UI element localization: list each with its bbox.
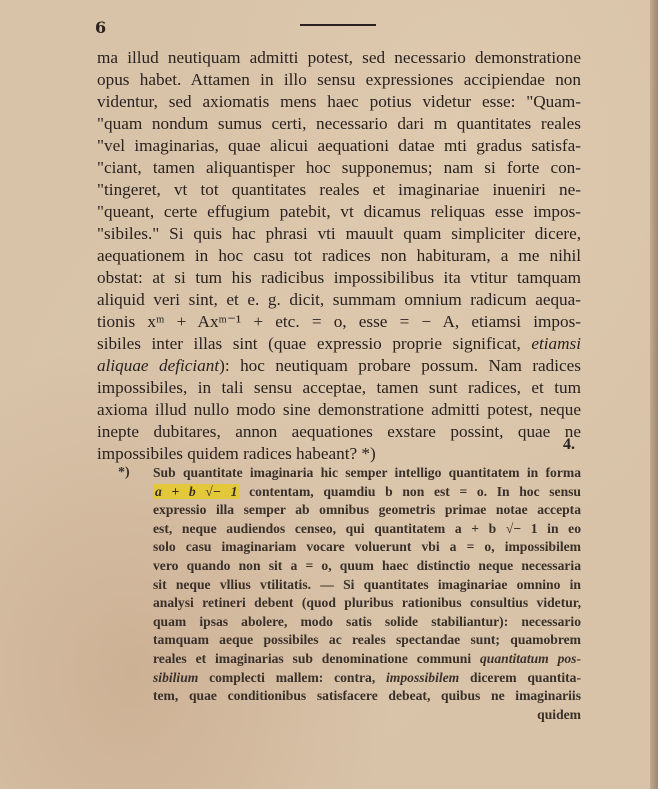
text-line: impossibiles, in tali sensu acceptae, ta… [97, 377, 581, 399]
italic-text: aliquae deficiant [97, 356, 219, 375]
text-line: inepte dubitares, annon aequationes exst… [97, 421, 581, 443]
text-line: "vel imaginarias, quae alicui aequationi… [97, 135, 581, 157]
page-edge-shadow [650, 0, 658, 789]
footnote-line: a + b √− 1 contentam, quamdiu b non est … [153, 483, 581, 502]
footnote-line: sibilium complecti mallem: contra, impos… [153, 669, 581, 688]
catchword: quidem [153, 706, 581, 725]
text-line: impossibiles quidem radices habeant? *) [97, 443, 581, 465]
text-line: "queant, certe effugium patebit, vt dica… [97, 201, 581, 223]
text-line: "ciant, tamen aliquantisper hoc supponem… [97, 157, 581, 179]
text-line: "tingeret, vt tot quantitates reales et … [97, 179, 581, 201]
footnote: Sub quantitate imaginaria hic semper int… [153, 464, 581, 724]
section-number: 4. [563, 436, 575, 454]
footnote-line: tamquam aeque possibiles ac reales spect… [153, 631, 581, 650]
text-fragment: reales et imaginarias sub denominatione … [153, 651, 480, 666]
italic-text: sibilium [153, 670, 198, 685]
footnote-line: reales et imaginarias sub denominatione … [153, 650, 581, 669]
text-line: axioma illud nullo modo sine demonstrati… [97, 399, 581, 421]
main-body-text: ma illud neutiquam admitti potest, sed n… [97, 47, 581, 465]
footnote-marker: *) [118, 464, 130, 483]
text-fragment: contentam, quamdiu b non est = o. In hoc… [249, 484, 581, 499]
footnote-line: tem, quae conditionibus satisfacere debe… [153, 687, 581, 706]
footnote-line: vero quando non sit a = o, quum haec dis… [153, 557, 581, 576]
italic-text: quantitatum pos- [480, 651, 581, 666]
text-fragment: dicerem quantita- [459, 670, 581, 685]
page-number: 6 [95, 18, 106, 37]
equation-line: tionis xᵐ + Axᵐ⁻¹ + etc. = o, esse = − A… [97, 311, 581, 333]
text-line: videntur, sed axiomatis mens haec potius… [97, 91, 581, 113]
text-line: obstat: at si tum his radicibus impossib… [97, 267, 581, 289]
text-line: sibiles inter illas sint (quae expressio… [97, 333, 581, 355]
footnote-line: est, neque audiendos censeo, qui quantit… [153, 520, 581, 539]
footnote-line: solo casu imaginariam vocare voluerunt v… [153, 538, 581, 557]
text-line: ma illud neutiquam admitti potest, sed n… [97, 47, 581, 69]
footnote-line: sit neque vllius vtilitatis. — Si quanti… [153, 576, 581, 595]
highlighted-formula: a + b √− 1 [153, 484, 239, 499]
text-line: aliquae deficiant): hoc neutiquam probar… [97, 355, 581, 377]
text-line: "sibiles." Si quis hac phrasi vti mauult… [97, 223, 581, 245]
text-line: opus habet. Attamen in illo sensu expres… [97, 69, 581, 91]
italic-text: etiamsi [531, 334, 581, 353]
text-line: "quam nondum sumus certi, necessario dar… [97, 113, 581, 135]
footnote-line: quam ipsas abolere, modo satis solide st… [153, 613, 581, 632]
footnote-line: Sub quantitate imaginaria hic semper int… [153, 464, 581, 483]
text-line: aliquid veri sint, et e. g. dicit, summa… [97, 289, 581, 311]
footnote-line: expressio illa semper ab omnibus geometr… [153, 501, 581, 520]
header-rule [300, 24, 376, 26]
text-line: aequationem in hoc casu tot radices non … [97, 245, 581, 267]
footnote-line: analysi retineri debent (quod pluribus r… [153, 594, 581, 613]
text-fragment: sibiles inter illas sint (quae expressio… [97, 334, 531, 353]
italic-text: impossibilem [386, 670, 459, 685]
text-fragment: ): hoc neutiquam probare possum. Nam rad… [219, 356, 581, 375]
text-fragment: complecti mallem: contra, [198, 670, 386, 685]
